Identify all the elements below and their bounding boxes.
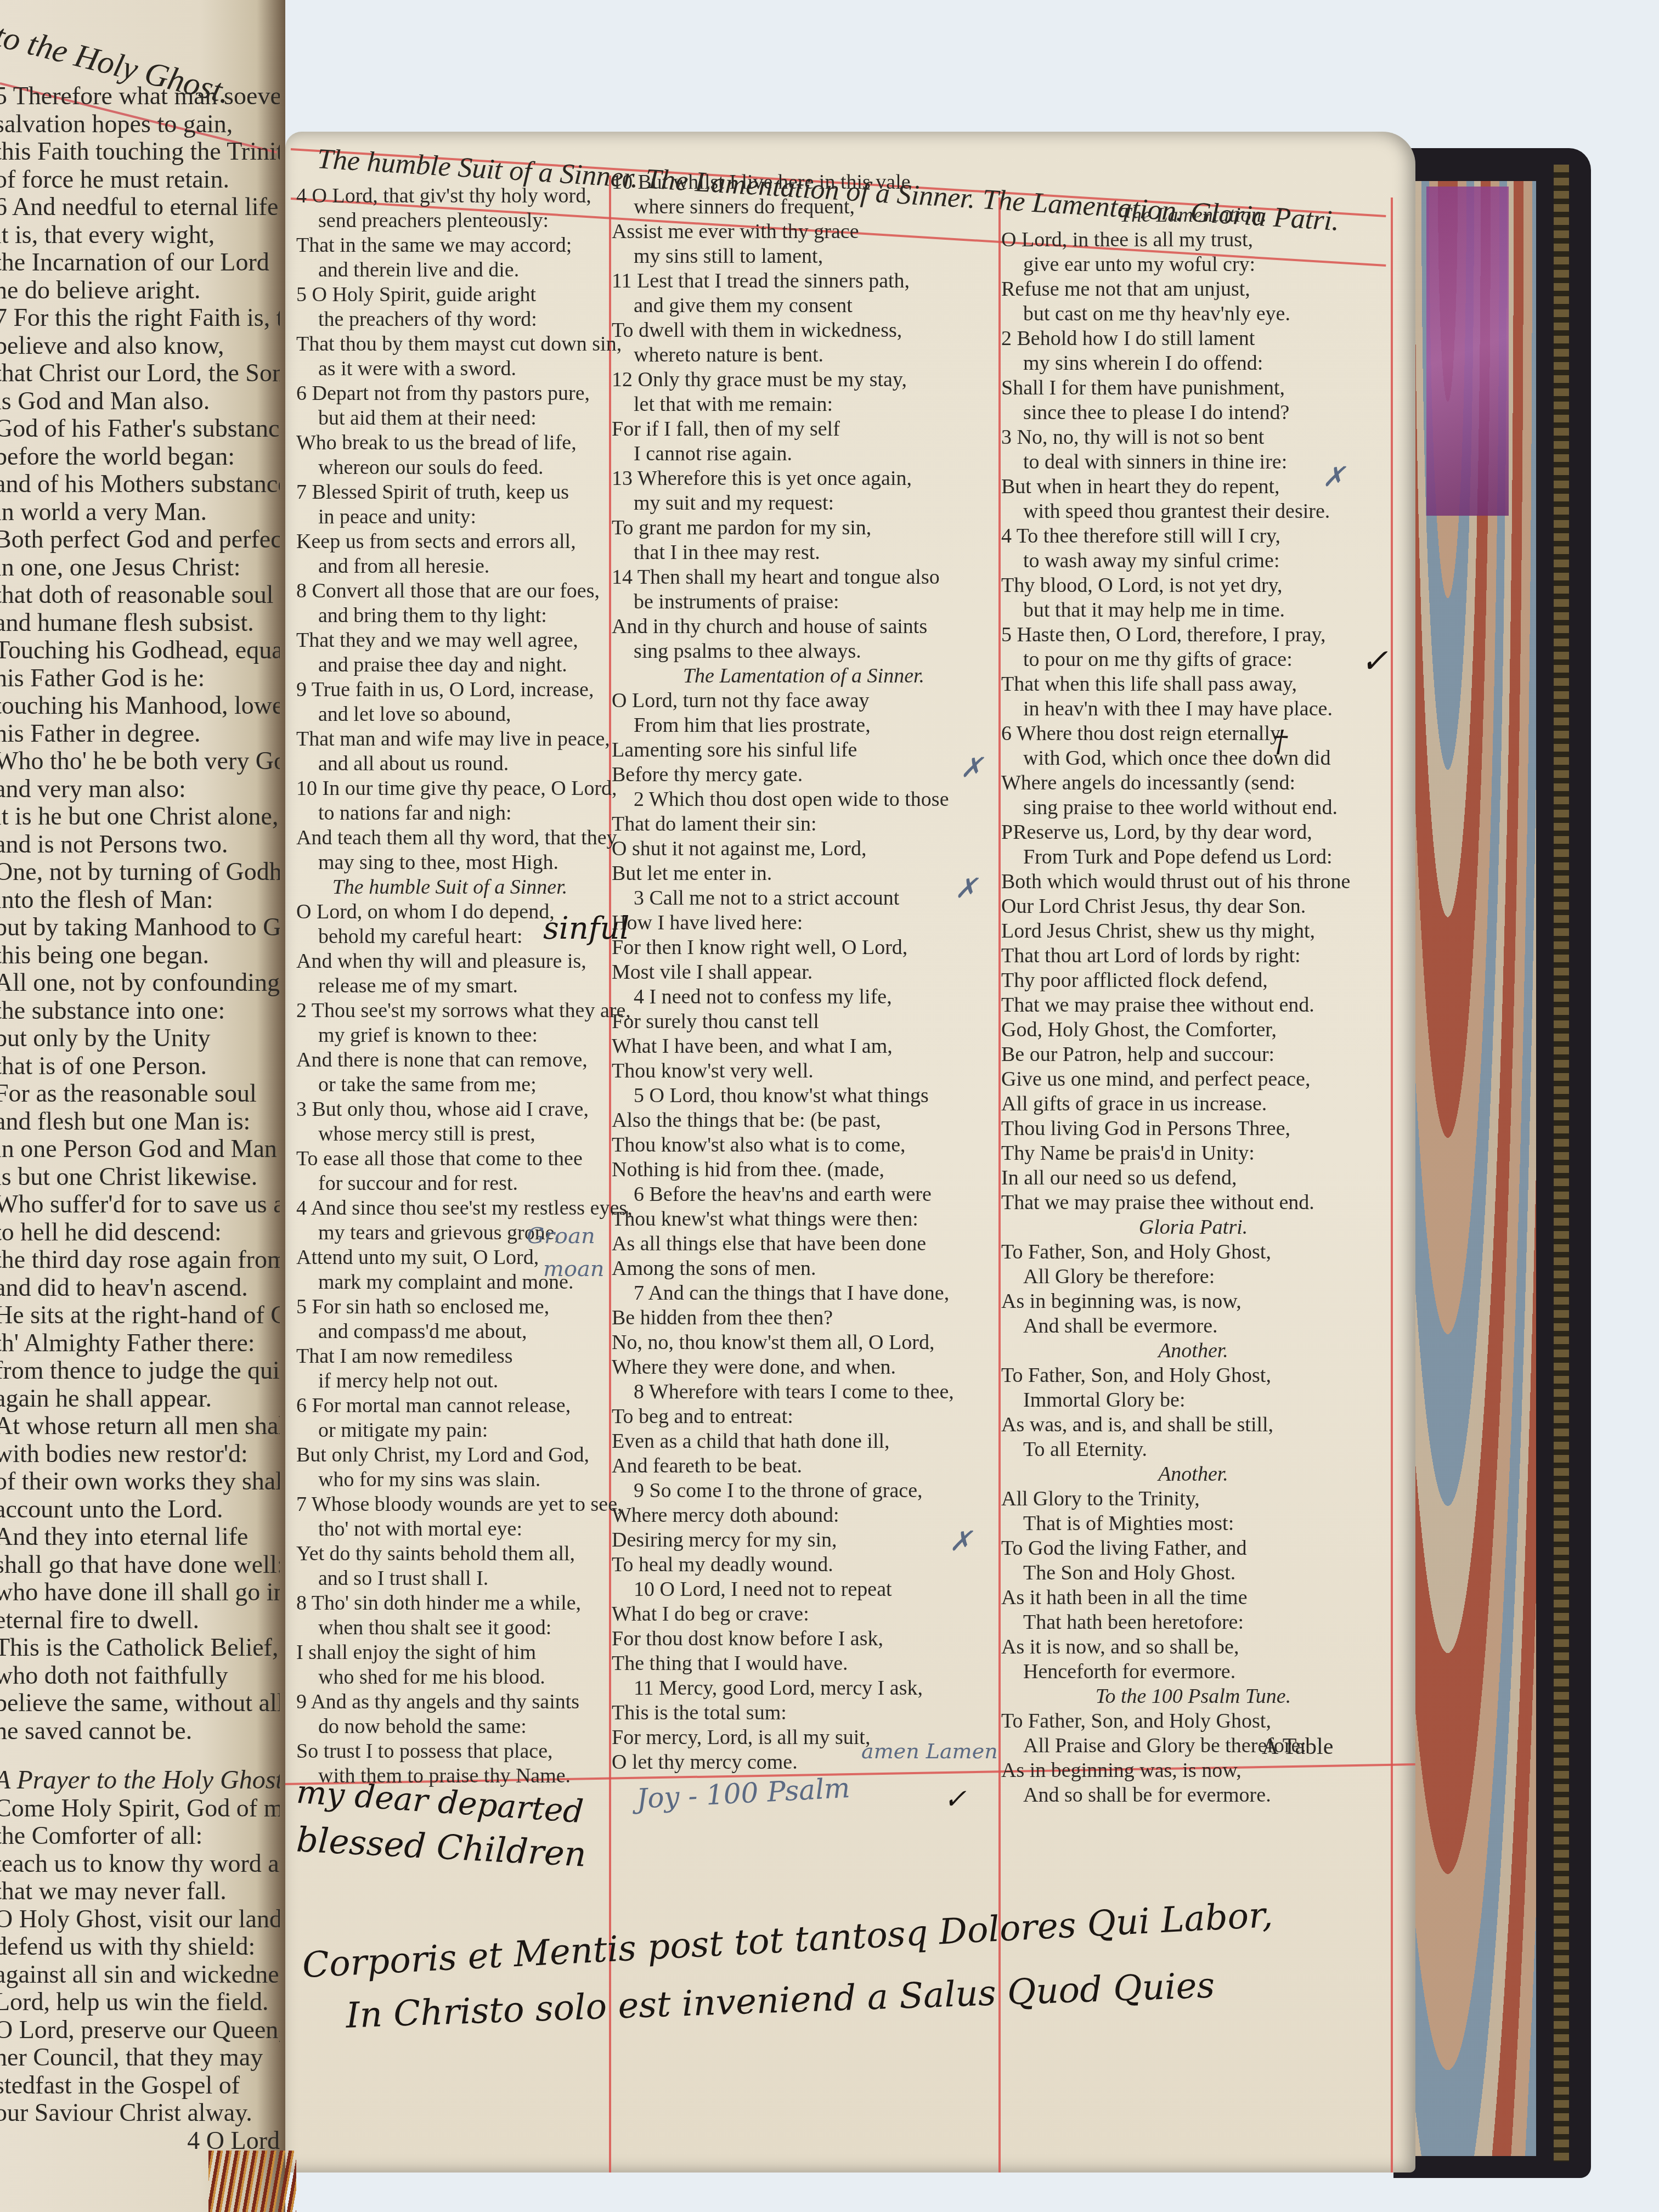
verse-line: Be hidden from thee then? bbox=[612, 1306, 996, 1330]
verse-line: the preachers of thy word: bbox=[296, 307, 603, 332]
verse-line: As it is now, and so shall be, bbox=[1001, 1635, 1385, 1660]
verse-line: All Glory be therefore: bbox=[1001, 1265, 1385, 1289]
verse-line: his Father in degree. bbox=[0, 720, 280, 748]
pencil-annotation-groan: Groan bbox=[527, 1223, 595, 1249]
verse-line: with speed thou grantest their desire. bbox=[1001, 499, 1385, 524]
verse-line: in peace and unity: bbox=[296, 505, 603, 529]
verse-line: God of his Father's substance got bbox=[0, 415, 280, 443]
verse-line: And when thy will and pleasure is, bbox=[296, 949, 603, 974]
verse-line: 7 And can the things that I have done, bbox=[612, 1281, 996, 1306]
verse-line: he saved cannot be. bbox=[0, 1717, 280, 1745]
verse-line: That when this life shall pass away, bbox=[1001, 672, 1385, 697]
verse-line: To all Eternity. bbox=[1001, 1437, 1385, 1462]
another-title: Another. bbox=[1001, 1462, 1385, 1487]
verse-line: but cast on me thy heav'nly eye. bbox=[1001, 302, 1385, 326]
verse-line: of force he must retain. bbox=[0, 166, 280, 194]
verse-line: For as the reasonable soul bbox=[0, 1080, 280, 1108]
verse-line: 7 Blessed Spirit of truth, keep us bbox=[296, 480, 603, 505]
verse-line: that Christ our Lord, the Son of God, bbox=[0, 359, 280, 387]
verse-line: and humane flesh subsist. bbox=[0, 609, 280, 637]
verse-line: whose mercy still is prest, bbox=[296, 1122, 603, 1147]
verse-line: 10 But whilst I live here in this vale bbox=[612, 170, 996, 195]
check-mark-icon: ✓ bbox=[944, 1783, 967, 1815]
verse-line: 3 Call me not to a strict account bbox=[612, 886, 996, 911]
verse-line: the substance into one: bbox=[0, 997, 280, 1025]
verse-line: 11 Mercy, good Lord, mercy I ask, bbox=[612, 1676, 996, 1701]
verse-line: Where angels do incessantly (send: bbox=[1001, 771, 1385, 795]
verse-line: 10 O Lord, I need not to repeat bbox=[612, 1577, 996, 1602]
verse-line: This is the Catholick Belief, bbox=[0, 1634, 280, 1662]
verse-line: Where mercy doth abound: bbox=[612, 1503, 996, 1528]
verse-line: That hath been heretofore: bbox=[1001, 1610, 1385, 1635]
verse-line: Among the sons of men. bbox=[612, 1256, 996, 1281]
verse-line: from thence to judge the quick and dead bbox=[0, 1357, 280, 1385]
column-1: 4 O Lord, that giv'st thy holy word,send… bbox=[296, 184, 603, 1788]
verse-line: Thy poor afflicted flock defend, bbox=[1001, 968, 1385, 993]
verse-line: with God, which once thee down did bbox=[1001, 746, 1385, 771]
verse-line: 5 For sin hath so enclosed me, bbox=[296, 1295, 603, 1319]
verse-line: touching his Manhood, lower than bbox=[0, 692, 280, 720]
verse-line: may sing to thee, most High. bbox=[296, 850, 603, 875]
verse-line: 9 True faith in us, O Lord, increase, bbox=[296, 678, 603, 702]
verse-line: he do believe aright. bbox=[0, 276, 280, 304]
verse-line: salvation hopes to gain, bbox=[0, 110, 280, 138]
verse-line: Touching his Godhead, equal with bbox=[0, 636, 280, 664]
verse-line: and did to heav'n ascend. bbox=[0, 1274, 280, 1302]
verse-line: again he shall appear. bbox=[0, 1385, 280, 1413]
verse-line: 6 Depart not from thy pastors pure, bbox=[296, 381, 603, 406]
verse-line: To ease all those that come to thee bbox=[296, 1147, 603, 1171]
verse-line: As was, and is, and shall be still, bbox=[1001, 1413, 1385, 1437]
verse-line: tho' not with mortal eye: bbox=[296, 1517, 603, 1542]
verse-line: Also the things that be: (be past, bbox=[612, 1108, 996, 1133]
verse-line: send preachers plenteously: bbox=[296, 208, 603, 233]
verse-line: and flesh but one Man is: bbox=[0, 1108, 280, 1136]
verse-line: if mercy help not out. bbox=[296, 1369, 603, 1393]
verse-line: 8 Wherefore with tears I come to thee, bbox=[612, 1380, 996, 1404]
verse-line: of their own works they shall give bbox=[0, 1468, 280, 1496]
red-rule-col1 bbox=[609, 176, 611, 2172]
verse-line: whereon our souls do feed. bbox=[296, 455, 603, 480]
verse-line: or mitigate my pain: bbox=[296, 1418, 603, 1443]
cross-mark-icon: ✗ bbox=[955, 872, 978, 904]
verse-line: sing praise to thee world without end. bbox=[1001, 795, 1385, 820]
verse-line: What I do beg or crave: bbox=[612, 1602, 996, 1627]
verse-line: with bodies new restor'd: bbox=[0, 1440, 280, 1468]
verse-line: his Father God is he: bbox=[0, 664, 280, 692]
verse-line: As it hath been in all the time bbox=[1001, 1585, 1385, 1610]
verse-line: Lord, help us win the field. bbox=[0, 1988, 280, 2016]
verse-line: my sins wherein I do offend: bbox=[1001, 351, 1385, 376]
verse-line: do now behold the same: bbox=[296, 1714, 603, 1739]
verse-line: O Lord, turn not thy face away bbox=[612, 689, 996, 713]
verse-line: 3 But only thou, whose aid I crave, bbox=[296, 1097, 603, 1122]
verse-line: but aid them at their need: bbox=[296, 406, 603, 431]
verse-line: 4 And since thou see'st my restless eyes… bbox=[296, 1196, 603, 1221]
verse-line: that I in thee may rest. bbox=[612, 540, 996, 565]
verse-line: and let love so abound, bbox=[296, 702, 603, 727]
verse-line: and give them my consent bbox=[612, 294, 996, 318]
verse-line: 11 Lest that I tread the sinners path, bbox=[612, 269, 996, 294]
verse-line: To Father, Son, and Holy Ghost, bbox=[1001, 1363, 1385, 1388]
verse-line: 3 No, no, thy will is not so bent bbox=[1001, 425, 1385, 450]
verse-line: But let me enter in. bbox=[612, 861, 996, 886]
verse-line: who have done ill shall go into bbox=[0, 1578, 280, 1606]
verse-line: Thy Name be prais'd in Unity: bbox=[1001, 1141, 1385, 1166]
verse-line: Both which would thrust out of his thron… bbox=[1001, 870, 1385, 894]
verse-line: 12 Only thy grace must be my stay, bbox=[612, 368, 996, 392]
verse-line: In all our need so us defend, bbox=[1001, 1166, 1385, 1190]
verse-line: our Saviour Christ alway. bbox=[0, 2099, 280, 2127]
prayer-title: A Prayer to the Holy Ghost, to be sung b… bbox=[0, 1767, 280, 1795]
verse-line: be instruments of praise: bbox=[612, 590, 996, 614]
verse-line: this being one began. bbox=[0, 941, 280, 969]
verse-line: Our Lord Christ Jesus, thy dear Son. bbox=[1001, 894, 1385, 919]
pencil-annotation-moan: moan bbox=[543, 1256, 605, 1282]
verse-line: in one, one Jesus Christ: bbox=[0, 554, 280, 582]
verse-line: but that it may help me in time. bbox=[1001, 598, 1385, 623]
verse-line: Where they were done, and when. bbox=[612, 1355, 996, 1380]
verse-line: At whose return all men shall rise bbox=[0, 1412, 280, 1440]
verse-line: the Incarnation of our Lord bbox=[0, 249, 280, 276]
verse-line: But only Christ, my Lord and God, bbox=[296, 1443, 603, 1468]
verse-line: Shall I for them have punishment, bbox=[1001, 376, 1385, 400]
column-3: The Lamentation. O Lord, in thee is all … bbox=[1001, 203, 1385, 1808]
verse-line: who doth not faithfully bbox=[0, 1662, 280, 1690]
verse-line: God, Holy Ghost, the Comforter, bbox=[1001, 1018, 1385, 1042]
verse-line: as it were with a sword. bbox=[296, 357, 603, 381]
verse-line: That thou art Lord of lords by right: bbox=[1001, 944, 1385, 968]
verse-line: who for my sins was slain. bbox=[296, 1468, 603, 1492]
verse-line: 7 Whose bloody wounds are yet to see, bbox=[296, 1492, 603, 1517]
verse-line: let that with me remain: bbox=[612, 392, 996, 417]
verse-line: 13 Wherefore this is yet once again, bbox=[612, 466, 996, 491]
verse-line: What I have been, and what I am, bbox=[612, 1034, 996, 1059]
verse-line: 6 And needful to eternal life bbox=[0, 193, 280, 221]
verse-line: sing psalms to thee always. bbox=[612, 639, 996, 664]
tune-title: To the 100 Psalm Tune. bbox=[1001, 1684, 1385, 1709]
verse-line: 6 For mortal man cannot release, bbox=[296, 1393, 603, 1418]
verse-line: Who break to us the bread of life, bbox=[296, 431, 603, 455]
verse-line: and from all heresie. bbox=[296, 554, 603, 579]
verse-line: To beg and to entreat: bbox=[612, 1404, 996, 1429]
book-photo: to the Holy Ghost. 5 Therefore what man … bbox=[0, 0, 1659, 2212]
verse-line: Thou know'st very well. bbox=[612, 1059, 996, 1084]
verse-line: That we may praise thee without end. bbox=[1001, 1190, 1385, 1215]
verse-line: 10 In our time give thy peace, O Lord, bbox=[296, 776, 603, 801]
verse-line: PReserve us, Lord, by thy dear word, bbox=[1001, 820, 1385, 845]
column-2: 10 But whilst I live here in this valewh… bbox=[612, 170, 996, 1775]
verse-line: To grant me pardon for my sin, bbox=[612, 516, 996, 540]
verse-line: and therein live and die. bbox=[296, 258, 603, 283]
verse-line: Thou know'st also what is to come, bbox=[612, 1133, 996, 1158]
verse-line: and is not Persons two. bbox=[0, 831, 280, 859]
verse-line: All gifts of grace in us increase. bbox=[1001, 1092, 1385, 1116]
verse-line: whereto nature is bent. bbox=[612, 343, 996, 368]
verse-line: and compass'd me about, bbox=[296, 1319, 603, 1344]
section-title: The Lamentation of a Sinner. bbox=[612, 664, 996, 689]
verse-line: And they into eternal life bbox=[0, 1523, 280, 1551]
verse-line: or take the same from me; bbox=[296, 1073, 603, 1097]
verse-line: the third day rose again from death, bbox=[0, 1246, 280, 1274]
verse-line: Immortal Glory be: bbox=[1001, 1388, 1385, 1413]
verse-line: Thou knew'st what things were then: bbox=[612, 1207, 996, 1232]
cross-mark-icon: ✗ bbox=[960, 752, 983, 783]
verse-line: Come Holy Spirit, God of might, bbox=[0, 1795, 280, 1822]
verse-line: my suit and my request: bbox=[612, 491, 996, 516]
verse-line: 9 So come I to the throne of grace, bbox=[612, 1479, 996, 1503]
gilt-tooling bbox=[1554, 165, 1569, 2162]
verse-line: believe and also know, bbox=[0, 332, 280, 360]
verse-line: To heal my deadly wound. bbox=[612, 1553, 996, 1577]
verse-line: since thee to please I do intend? bbox=[1001, 400, 1385, 425]
section-title: The Lamentation. bbox=[1001, 203, 1385, 228]
verse-line: to pour on me thy gifts of grace: bbox=[1001, 647, 1385, 672]
section-title: The humble Suit of a Sinner. bbox=[296, 875, 603, 900]
verse-line: 5 Therefore what man soever that bbox=[0, 82, 280, 110]
verse-line: her Council, that they may bbox=[0, 2044, 280, 2072]
right-page: The humble Suit of a Sinner. The Lamenta… bbox=[285, 132, 1415, 2172]
bookmark-ribbon bbox=[208, 2151, 296, 2212]
verse-line: The thing that I would have. bbox=[612, 1651, 996, 1676]
verse-line: Henceforth for evermore. bbox=[1001, 1660, 1385, 1684]
verse-line: believe the same, without all doubt, bbox=[0, 1689, 280, 1717]
verse-line: Give us one mind, and perfect peace, bbox=[1001, 1067, 1385, 1092]
verse-line: And there is none that can remove, bbox=[296, 1048, 603, 1073]
verse-line: To dwell with them in wickedness, bbox=[612, 318, 996, 343]
verse-line: where sinners do frequent, bbox=[612, 195, 996, 219]
verse-line: and bring them to thy light: bbox=[296, 603, 603, 628]
verse-line: And teach them all thy word, that they bbox=[296, 826, 603, 850]
verse-line: that is of one Person. bbox=[0, 1052, 280, 1080]
check-mark-icon: ✓ bbox=[1361, 642, 1388, 680]
verse-line: is but one Christ likewise. bbox=[0, 1163, 280, 1191]
verse-line: but only by the Unity bbox=[0, 1024, 280, 1052]
verse-line: I shall enjoy the sight of him bbox=[296, 1640, 603, 1665]
verse-line: Who suffer'd for to save us all, bbox=[0, 1190, 280, 1218]
verse-line: 4 O Lord, that giv'st thy holy word, bbox=[296, 184, 603, 208]
verse-line: That they and we may well agree, bbox=[296, 628, 603, 653]
verse-line: that doth of reasonable soul bbox=[0, 581, 280, 609]
verse-line: As in beginning was, is now, bbox=[1001, 1289, 1385, 1314]
verse-line: for succour and for rest. bbox=[296, 1171, 603, 1196]
verse-line: against all sin and wickedness, bbox=[0, 1961, 280, 1989]
verse-line: that we may never fall. bbox=[0, 1877, 280, 1905]
verse-line: my grief is known to thee: bbox=[296, 1023, 603, 1048]
verse-line: Refuse me not that am unjust, bbox=[1001, 277, 1385, 302]
verse-line: in world a very Man. bbox=[0, 498, 280, 526]
verse-line: How I have lived here: bbox=[612, 911, 996, 935]
dagger-mark-icon: † bbox=[1273, 724, 1288, 759]
verse-line: And in thy church and house of saints bbox=[612, 614, 996, 639]
verse-line: For then I know right well, O Lord, bbox=[612, 935, 996, 960]
left-page: to the Holy Ghost. 5 Therefore what man … bbox=[0, 0, 285, 2212]
verse-line: it is he but one Christ alone, bbox=[0, 803, 280, 831]
verse-line: And so shall be for evermore. bbox=[1001, 1783, 1385, 1808]
verse-line: 2 Thou see'st my sorrows what they are, bbox=[296, 998, 603, 1023]
verse-line: before the world began: bbox=[0, 443, 280, 471]
ink-annotation-sinful: sinful bbox=[543, 911, 629, 946]
verse-line: No, no, thou know'st them all, O Lord, bbox=[612, 1330, 996, 1355]
another-title: Another. bbox=[1001, 1339, 1385, 1363]
verse-line: to hell he did descend: bbox=[0, 1218, 280, 1246]
verse-line: release me of my smart. bbox=[296, 974, 603, 998]
verse-line: Desiring mercy for my sin, bbox=[612, 1528, 996, 1553]
verse-line: As in beginning was, is now, bbox=[1001, 1758, 1385, 1783]
verse-line: For thou dost know before I ask, bbox=[612, 1627, 996, 1651]
verse-line: Keep us from sects and errors all, bbox=[296, 529, 603, 554]
verse-line: 4 To thee therefore still will I cry, bbox=[1001, 524, 1385, 549]
verse-line: when thou shalt see it good: bbox=[296, 1616, 603, 1640]
verse-line: teach us to know thy word aright, bbox=[0, 1850, 280, 1878]
verse-line: who shed for me his blood. bbox=[296, 1665, 603, 1690]
verse-line: in heav'n with thee I may have place. bbox=[1001, 697, 1385, 721]
verse-line: O shut it not against me, Lord, bbox=[612, 837, 996, 861]
verse-line: From him that lies prostrate, bbox=[612, 713, 996, 738]
verse-line: into the flesh of Man: bbox=[0, 886, 280, 914]
marbled-repair-patch bbox=[1426, 187, 1509, 516]
verse-line: All one, not by confounding of bbox=[0, 969, 280, 997]
verse-line: So trust I to possess that place, bbox=[296, 1739, 603, 1764]
red-rule-col2 bbox=[998, 198, 1001, 2172]
verse-line: Before thy mercy gate. bbox=[612, 763, 996, 787]
verse-line: I cannot rise again. bbox=[612, 442, 996, 466]
verse-line: 9 And as thy angels and thy saints bbox=[296, 1690, 603, 1714]
verse-line: He sits at the right-hand of God, bbox=[0, 1301, 280, 1329]
verse-line: Both perfect God and perfect Man bbox=[0, 526, 280, 554]
verse-line: 2 Behold how I do still lament bbox=[1001, 326, 1385, 351]
verse-line: That in the same we may accord; bbox=[296, 233, 603, 258]
pencil-annotation-amen: amen Lamen bbox=[861, 1739, 998, 1763]
catchword: A Table bbox=[1262, 1734, 1333, 1760]
red-rule-col3 bbox=[1391, 198, 1393, 2172]
verse-line: This is the total sum: bbox=[612, 1701, 996, 1725]
verse-line: That is of Mighties most: bbox=[1001, 1511, 1385, 1536]
verse-line: th' Almighty Father there: bbox=[0, 1329, 280, 1357]
verse-line: 4 I need not to confess my life, bbox=[612, 985, 996, 1009]
verse-line: 14 Then shall my heart and tongue also bbox=[612, 565, 996, 590]
verse-line: O Lord, preserve our Queen, and bless bbox=[0, 2016, 280, 2044]
verse-line: 6 Where thou dost reign eternally bbox=[1001, 721, 1385, 746]
verse-line: 6 Before the heav'ns and earth were bbox=[612, 1182, 996, 1207]
verse-line: That thou by them mayst cut down sin, bbox=[296, 332, 603, 357]
verse-line: stedfast in the Gospel of bbox=[0, 2072, 280, 2100]
verse-line: Lamenting sore his sinful life bbox=[612, 738, 996, 763]
verse-line: For if I fall, then of my self bbox=[612, 417, 996, 442]
verse-line: Thy blood, O Lord, is not yet dry, bbox=[1001, 573, 1385, 598]
verse-line: As all things else that have been done bbox=[612, 1232, 996, 1256]
verse-line: 8 Tho' sin doth hinder me a while, bbox=[296, 1591, 603, 1616]
verse-line: Assist me ever with thy grace bbox=[612, 219, 996, 244]
verse-line: That I am now remediless bbox=[296, 1344, 603, 1369]
verse-line: Nothing is hid from thee. (made, bbox=[612, 1158, 996, 1182]
cross-mark-icon: ✗ bbox=[1322, 461, 1345, 493]
verse-line: 7 For this the right Faith is, that we bbox=[0, 304, 280, 332]
verse-line: That man and wife may live in peace, bbox=[296, 727, 603, 752]
verse-line: And shall be evermore. bbox=[1001, 1314, 1385, 1339]
cross-mark-icon: ✗ bbox=[949, 1525, 972, 1557]
verse-line: Who tho' he be both very God, bbox=[0, 747, 280, 775]
verse-line: That we may praise thee without end. bbox=[1001, 993, 1385, 1018]
verse-line: and so I trust shall I. bbox=[296, 1566, 603, 1591]
verse-line: it is, that every wight, bbox=[0, 221, 280, 249]
verse-line: shall go that have done well: bbox=[0, 1551, 280, 1579]
verse-line: To Father, Son, and Holy Ghost, bbox=[1001, 1709, 1385, 1734]
left-page-text: 5 Therefore what man soever thatsalvatio… bbox=[0, 82, 280, 2154]
verse-line: is God and Man also. bbox=[0, 387, 280, 415]
gloria-title: Gloria Patri. bbox=[1001, 1215, 1385, 1240]
verse-line: Be our Patron, help and succour: bbox=[1001, 1042, 1385, 1067]
verse-line: All Glory to the Trinity, bbox=[1001, 1487, 1385, 1511]
verse-line: and very man also: bbox=[0, 775, 280, 803]
verse-line: Most vile I shall appear. bbox=[612, 960, 996, 985]
verse-line: to wash away my sinful crime: bbox=[1001, 549, 1385, 573]
verse-line: and praise thee day and night. bbox=[296, 653, 603, 678]
verse-line: For surely thou canst tell bbox=[612, 1009, 996, 1034]
verse-line: O Lord, in thee is all my trust, bbox=[1001, 228, 1385, 252]
verse-line: Even as a child that hath done ill, bbox=[612, 1429, 996, 1454]
verse-line: 5 O Lord, thou know'st what things bbox=[612, 1084, 996, 1108]
verse-line: Lord Jesus Christ, shew us thy might, bbox=[1001, 919, 1385, 944]
verse-line: The Son and Holy Ghost. bbox=[1001, 1561, 1385, 1585]
verse-line: 5 O Holy Spirit, guide aright bbox=[296, 283, 603, 307]
verse-line: To God the living Father, and bbox=[1001, 1536, 1385, 1561]
verse-line: account unto the Lord. bbox=[0, 1496, 280, 1523]
verse-line: my sins still to lament, bbox=[612, 244, 996, 269]
verse-line: Yet do thy saints behold them all, bbox=[296, 1542, 603, 1566]
verse-line: 5 Haste then, O Lord, therefore, I pray, bbox=[1001, 623, 1385, 647]
verse-line: give ear unto my woful cry: bbox=[1001, 252, 1385, 277]
verse-line: And feareth to be beat. bbox=[612, 1454, 996, 1479]
verse-line: and of his Mothers substance born bbox=[0, 470, 280, 498]
verse-line: the Comforter of all: bbox=[0, 1822, 280, 1850]
verse-line: and all about us round. bbox=[296, 752, 603, 776]
verse-line: From Turk and Pope defend us Lord: bbox=[1001, 845, 1385, 870]
verse-line: O Holy Ghost, visit our land, bbox=[0, 1905, 280, 1933]
verse-line: to nations far and nigh: bbox=[296, 801, 603, 826]
verse-line: eternal fire to dwell. bbox=[0, 1606, 280, 1634]
verse-line: in one Person God and Man bbox=[0, 1135, 280, 1163]
verse-line: Thou living God in Persons Three, bbox=[1001, 1116, 1385, 1141]
verse-line: defend us with thy shield: bbox=[0, 1933, 280, 1961]
verse-line: That do lament their sin: bbox=[612, 812, 996, 837]
verse-line: To Father, Son, and Holy Ghost, bbox=[1001, 1240, 1385, 1265]
verse-line: 8 Convert all those that are our foes, bbox=[296, 579, 603, 603]
verse-line: this Faith touching the Trinity bbox=[0, 138, 280, 166]
verse-line: but by taking Manhood to God, bbox=[0, 913, 280, 941]
verse-line: One, not by turning of Godhead bbox=[0, 858, 280, 886]
verse-line: 2 Which thou dost open wide to those bbox=[612, 787, 996, 812]
